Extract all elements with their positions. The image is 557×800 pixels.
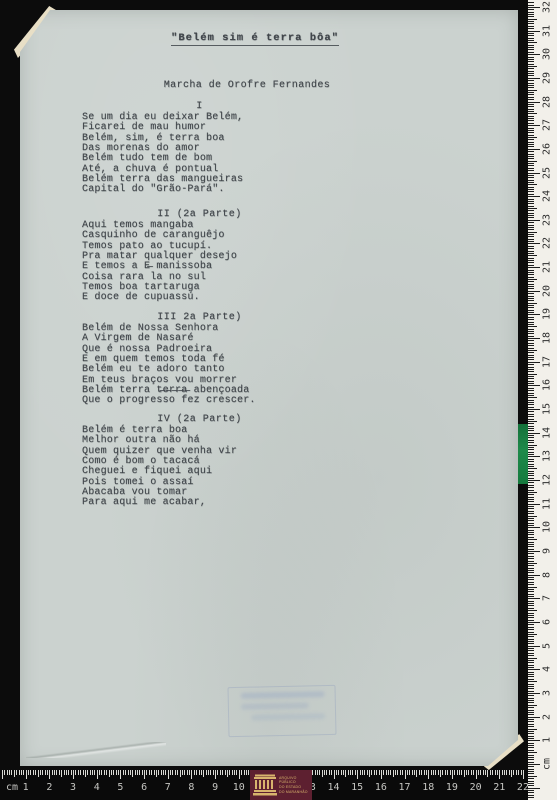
ruler-tick [393,770,394,777]
ruler-tick [528,248,534,249]
ruler-tick [528,2,534,3]
ruler-tick [528,658,537,659]
ruler-number: 20 [542,285,553,297]
ruler-tick [343,770,344,775]
ruler-tick [75,770,76,775]
ruler-number: 26 [542,143,553,155]
ruler-number: cm [542,758,553,770]
ruler-tick [528,575,540,576]
ruler-tick [528,430,534,431]
ruler-tick [528,300,534,301]
ruler-tick [130,770,131,775]
ruler-tick [528,158,534,159]
ruler-tick [528,165,534,166]
ruler-tick [528,688,534,689]
ruler-number: 24 [542,190,553,202]
ruler-tick [528,85,534,86]
ruler-number: 14 [542,427,553,439]
ruler-tick [213,770,214,775]
ruler-tick [528,568,534,569]
ruler-tick [528,416,534,417]
ruler-tick [528,64,534,65]
ruler-tick [16,770,17,775]
ruler-tick [528,534,534,535]
ruler-tick [528,331,534,332]
ruler-tick [528,381,534,382]
stanza-heading: III 2a Parte) [82,313,317,323]
ruler-tick [182,770,183,775]
ruler-tick [421,770,422,775]
ruler-tick [528,539,537,540]
ruler-tick [528,584,534,585]
ruler-tick [528,348,534,349]
ruler-tick [528,270,534,271]
ruler-tick [528,9,534,10]
ruler-number: 27 [542,119,553,131]
ruler-number: 12 [542,474,553,486]
ruler-tick [528,239,534,240]
ruler-tick [395,770,396,775]
ruler-tick [528,288,534,289]
ruler-tick [473,770,474,775]
ruler-tick [528,482,534,483]
ruler-tick [528,421,537,422]
ruler-tick [528,662,534,663]
ruler-tick [158,770,159,775]
ruler-tick [528,255,537,256]
ruler-tick [511,770,512,777]
fold-crease [26,742,166,758]
ruler-tick [405,770,406,779]
ruler-tick [528,537,534,538]
ruler-tick [528,752,537,753]
ruler-tick [528,83,534,84]
ruler-tick [528,106,534,107]
ruler-tick [528,142,534,143]
ruler-tick [416,770,417,777]
ruler-tick [362,770,363,775]
ruler-tick [528,624,534,625]
ruler-tick [528,49,534,50]
ruler-tick [528,617,534,618]
ruler-number: 15 [351,782,363,793]
ruler-tick [528,31,540,32]
ruler-tick [528,776,537,777]
ruler-number: 9 [212,782,218,793]
ruler-tick [352,770,353,775]
ruler-tick [528,61,534,62]
ruler-tick [113,770,114,775]
ruler-tick [317,770,318,775]
ruler-tick [45,770,46,775]
ruler-tick [506,770,507,775]
ruler-tick [478,770,479,775]
ruler-tick [379,770,380,775]
ruler-tick [94,770,95,775]
ruler-tick [326,770,327,775]
ruler-tick [528,717,540,718]
ruler-tick [528,771,534,772]
ruler-tick [528,220,540,221]
ruler-tick [528,206,534,207]
ruler-tick [33,770,34,775]
ruler-tick [528,797,534,798]
ruler-tick [528,187,534,188]
ruler-tick [83,770,84,775]
ruler-tick [161,770,162,775]
ruler-tick [528,203,534,204]
ruler-number: 7 [165,782,171,793]
ruler-tick [528,632,534,633]
ruler-tick [528,333,534,334]
ruler-tick [528,199,534,200]
ruler-tick [528,71,534,72]
ruler-tick [528,137,537,138]
ruler-tick [528,383,534,384]
ruler-number: 21 [542,261,553,273]
ruler-tick [369,770,370,777]
ruler-tick [528,553,534,554]
ruler-tick [528,359,534,360]
ruler-tick [528,681,537,682]
ruler-tick [528,404,534,405]
ruler-tick [528,213,534,214]
ruler-number: 15 [542,403,553,415]
ruler-number: 29 [542,72,553,84]
ruler-tick [528,326,537,327]
ruler-tick [196,770,197,775]
ruler-tick [528,712,534,713]
ruler-tick [101,770,102,775]
ruler-tick [90,770,91,775]
ruler-tick [528,364,534,365]
ruler-tick [528,369,534,370]
ruler-tick [528,130,534,131]
ruler-tick [139,770,140,775]
ruler-tick [528,596,534,597]
ruler-tick [402,770,403,775]
ruler-tick [528,672,534,673]
ruler-tick [528,487,534,488]
ruler-tick [528,68,534,69]
ruler-tick [528,189,534,190]
ruler-tick [184,770,185,775]
ruler-tick [528,66,537,67]
ruler-tick [528,544,534,545]
ruler-number: 8 [188,782,194,793]
document-page: "Belém sim é terra bôa" Marcha de Orofre… [20,10,518,766]
ruler-tick [528,691,534,692]
ruler-tick [528,724,534,725]
ruler-tick [516,770,517,775]
ruler-tick [229,770,230,775]
ruler-tick [341,770,342,775]
ruler-tick [528,669,540,670]
ruler-tick [528,641,534,642]
ruler-tick [528,267,540,268]
ruler-tick [528,615,534,616]
ruler-tick [528,243,540,244]
ruler-tick [334,770,335,779]
ruler-tick [400,770,401,775]
ruler-number: 6 [141,782,147,793]
ruler-tick [528,449,534,450]
ruler-tick [528,437,534,438]
ruler-number: 2 [542,714,553,720]
ruler-tick [68,770,69,775]
ruler-tick [528,5,534,6]
ruler-tick [528,667,534,668]
ruler-tick [528,277,534,278]
ruler-tick [528,650,534,651]
ruler-tick [528,426,534,427]
ruler-tick [471,770,472,775]
ruler-tick [203,770,204,777]
ruler-number: 3 [70,782,76,793]
ruler-tick [528,721,534,722]
ruler-tick [9,770,10,775]
ruler-tick [528,747,534,748]
ruler-tick [528,764,540,765]
ruler-tick [528,26,534,27]
ruler-tick [528,307,534,308]
ruler-tick [528,388,534,389]
ruler-tick [513,770,514,775]
ruler-tick [483,770,484,775]
ruler-tick [528,485,534,486]
ruler-tick [528,355,534,356]
ruler-tick [528,587,537,588]
ruler-tick [528,698,534,699]
ruler-tick [528,132,534,133]
ruler-tick [528,674,534,675]
ruler-tick [528,589,534,590]
ruler-tick [528,646,540,647]
ruler-number: 17 [542,356,553,368]
ruler-tick [528,47,534,48]
ruler-tick [528,419,534,420]
ruler-tick [47,770,48,775]
ruler-tick [528,116,534,117]
ruler-tick [528,497,534,498]
ruler-tick [409,770,410,775]
ruler-tick [528,352,534,353]
archive-logo: ARQUIVOPÚBLICODO ESTADODO MARANHÃO [250,770,312,800]
ruler-tick [442,770,443,775]
ruler-tick [246,770,247,775]
ruler-number: 20 [470,782,482,793]
ruler-tick [528,561,534,562]
ruler-tick [528,397,537,398]
archive-building-icon [253,774,277,796]
ruler-tick [350,770,351,775]
ruler-tick [528,565,534,566]
ruler-tick [528,395,534,396]
ruler-tick [528,506,534,507]
ruler-tick [528,246,534,247]
ruler-tick [528,194,534,195]
ruler-tick [383,770,384,775]
ruler-tick [208,770,209,775]
ruler-tick [42,770,43,775]
ruler-tick [528,42,537,43]
ruler-tick [19,770,20,775]
ruler-number: 8 [542,572,553,578]
ruler-tick [71,770,72,775]
ruler-tick [528,454,534,455]
stanza: III 2a Parte)Belém de Nossa SenhoraA Vir… [82,313,317,407]
ruler-tick [528,660,534,661]
ruler-tick [528,59,534,60]
ruler-tick [220,770,221,775]
ruler-tick [528,778,534,779]
ruler-tick [30,770,31,775]
ruler-tick [180,770,181,777]
ruler-tick [528,769,534,770]
ruler-tick [528,634,537,635]
ruler-tick [528,665,534,666]
ruler-tick [440,770,441,777]
ruler-tick [528,75,534,76]
ruler-tick [528,750,534,751]
ruler-tick [528,232,537,233]
ruler-number: 6 [542,619,553,625]
ruler-tick [528,490,534,491]
ruler-tick [109,770,110,777]
ruler-tick [97,770,98,779]
ruler-number: 21 [493,782,505,793]
ruler-tick [528,362,540,363]
ruler-tick [433,770,434,775]
ruler-tick [528,111,534,112]
ruler-tick [528,532,534,533]
ruler-tick [528,613,534,614]
ruler-tick [528,329,534,330]
ruler-tick [457,770,458,775]
ruler-tick [386,770,387,775]
ruler-tick [528,603,534,604]
ruler-tick [528,740,540,741]
ruler-tick [528,45,534,46]
ruler-tick [480,770,481,775]
ruler-tick [528,149,540,150]
ruler-tick [528,374,537,375]
ruler-tick [528,639,534,640]
ruler-tick [528,102,540,103]
ruler-tick [528,151,534,152]
ruler-tick [234,770,235,775]
ruler-tick [322,770,323,777]
ruler-tick [445,770,446,775]
ruler-tick [528,478,534,479]
ruler-tick [431,770,432,775]
ruler-tick [528,400,534,401]
ruler-tick [528,144,534,145]
ruler-tick [528,686,534,687]
ruler-tick [528,191,534,192]
ruler-tick [528,340,534,341]
ruler-bottom-horizontal: cm12345678910111213141516171819202122 AR… [0,770,528,800]
ruler-tick [244,770,245,775]
ruler-number: 22 [517,782,529,793]
ruler-tick [364,770,365,775]
ruler-tick [528,582,534,583]
ruler-tick [528,393,534,394]
stanza-line: Para aqui me acabar, [82,498,317,508]
ruler-tick [435,770,436,775]
ruler-tick [144,770,145,779]
ruler-tick [528,208,537,209]
ruler-tick [528,324,534,325]
ruler-tick [128,770,129,775]
ruler-tick [528,180,534,181]
ruler-tick [528,177,534,178]
ruler-tick [528,376,534,377]
ruler-tick [528,643,534,644]
ruler-tick [464,770,465,777]
stamp-smudge [251,713,325,721]
ruler-tick [528,343,534,344]
ruler-tick [528,736,534,737]
ruler-number: cm [6,782,18,793]
ruler-tick [528,281,534,282]
ruler-tick [135,770,136,775]
ruler-tick [528,762,534,763]
ruler-tick [528,317,534,318]
ruler-tick [528,726,534,727]
ruler-tick [149,770,150,775]
ruler-tick [528,163,534,164]
ruler-tick [172,770,173,775]
ruler-tick [222,770,223,775]
ruler-tick [426,770,427,775]
ruler-tick [528,139,534,140]
ruler-tick [165,770,166,775]
ruler-tick [49,770,50,779]
ruler-tick [528,312,534,313]
ruler-tick [40,770,41,775]
ruler-tick [528,385,540,386]
ruler-tick [528,284,534,285]
ruler-tick [528,447,534,448]
ruler-tick [414,770,415,775]
ruler-tick [528,92,534,93]
ruler-tick [191,770,192,779]
ruler-tick [194,770,195,775]
ruler-tick [528,755,534,756]
ruler-tick [38,770,39,777]
ruler-tick [459,770,460,775]
ruler-tick [371,770,372,775]
ruler-tick [87,770,88,775]
ruler-tick [528,466,534,467]
ruler-tick [528,679,534,680]
ruler-tick [528,598,540,599]
ruler-tick [388,770,389,775]
ruler-tick [528,542,534,543]
ruler-tick [528,113,537,114]
ruler-tick [528,303,537,304]
ruler-tick [528,572,534,573]
ruler-tick [528,286,534,287]
ruler-tick [54,770,55,775]
ruler-number: 11 [542,498,553,510]
ruler-tick [528,433,540,434]
ruler-tick [528,371,534,372]
ruler-tick [23,770,24,775]
ruler-tick [528,125,540,126]
stanza-line: E doce de cupuassú. [82,293,317,303]
